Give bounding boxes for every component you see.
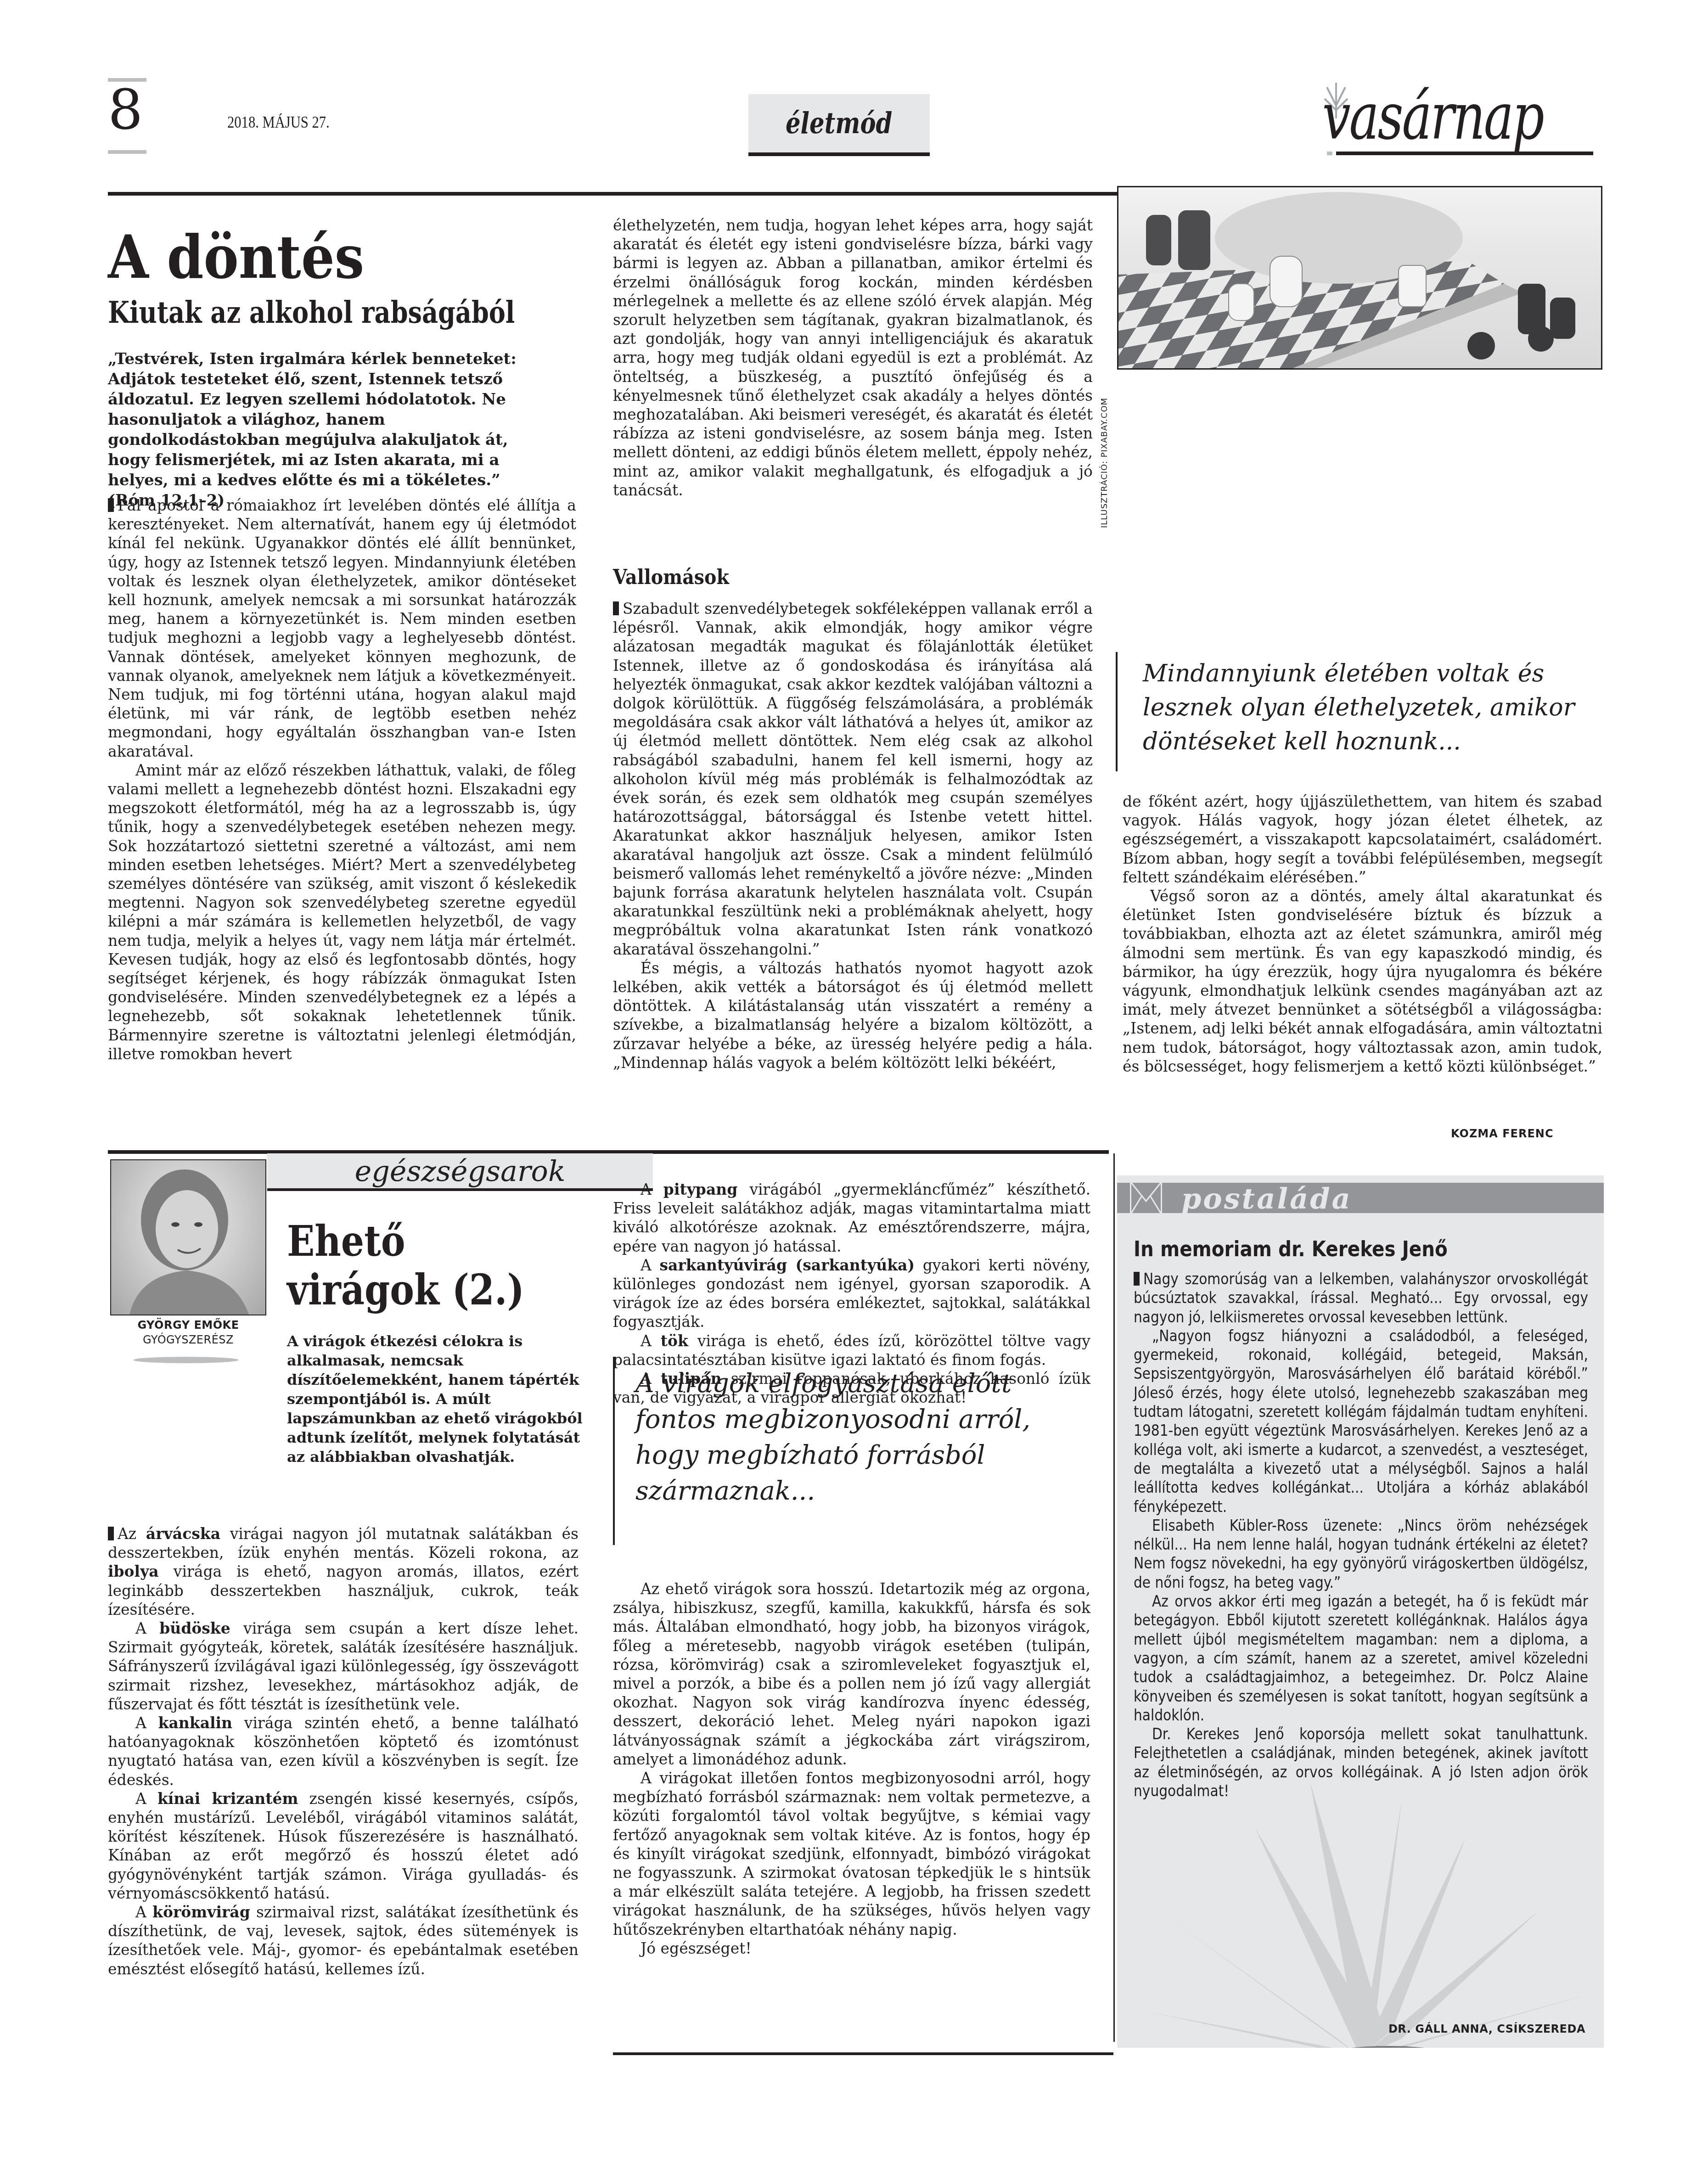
flower-name: kankalin — [158, 1714, 233, 1732]
bottom-rule — [613, 2052, 1113, 2055]
text: A — [135, 1903, 152, 1921]
section-heading: Vallomások — [613, 565, 729, 590]
text: virága is ehető, nagyon aromás, illatos,… — [108, 1562, 579, 1618]
article-subtitle: Kiutak az alkohol rabságából — [108, 294, 515, 331]
paragraph-marker-icon — [613, 601, 619, 615]
flower-name: ibolya — [108, 1562, 159, 1580]
issue-date: 2018. MÁJUS 27. — [227, 112, 330, 132]
text: A — [640, 1256, 659, 1274]
text: A — [135, 1790, 157, 1808]
letter-paragraph: Dr. Kerekes Jenő koporsója mellett sokat… — [1134, 1725, 1588, 1800]
letter-paragraph: „Nagyon fogsz hiányozni a családodból, a… — [1134, 1327, 1588, 1516]
health-title-line-1: Ehető — [287, 1216, 405, 1266]
article-paragraph: És mégis, a változás hathatós nyomot hag… — [613, 959, 1093, 1072]
health-column-2b: Az ehető virágok sora hosszú. Idetartozi… — [613, 1579, 1090, 1958]
health-article-title: Ehető virágok (2.) — [287, 1217, 524, 1314]
article-column-3: de főként azért, hogy újjászülethettem, … — [1123, 792, 1602, 1076]
text: A — [135, 1714, 158, 1732]
flower-name: körömvirág — [152, 1903, 250, 1921]
publication-name: vasárnap — [1322, 83, 1543, 152]
flower-name: kínai krizantém — [157, 1790, 298, 1808]
health-section-label: egészségsarok — [354, 1154, 565, 1188]
article-paragraph: Végső soron az a döntés, amely által aka… — [1123, 887, 1602, 1075]
page-number-bar-bottom — [108, 150, 146, 154]
article-column-2: élethelyzetén, nem tudja, hogyan lehet k… — [613, 216, 1093, 500]
health-article-lead: A virágok étkezési célokra is alkalmasak… — [287, 1332, 595, 1467]
author-underline — [133, 1357, 239, 1363]
article-paragraph: Pál apostol a rómaiakhoz írt levelében d… — [108, 496, 576, 760]
article-author: KOZMA FERENC — [1451, 1127, 1554, 1140]
letter-body: Nagy szomorúság van a lelkemben, valahán… — [1134, 1270, 1588, 1800]
section-tab: életmód — [748, 94, 930, 156]
paragraph-marker-icon — [108, 1527, 114, 1540]
letters-header: postaláda — [1117, 1183, 1604, 1213]
letter-paragraph: Elisabeth Kübler-Ross üzenete: „Nincs ör… — [1134, 1517, 1588, 1591]
letter-title: In memoriam dr. Kerekes Jenő — [1134, 1235, 1448, 1263]
article-column-1: Pál apostol a rómaiakhoz írt levelében d… — [108, 496, 576, 1063]
letters-box: postaláda In memoriam dr. Kerekes Jenő N… — [1117, 1175, 1604, 2048]
flower-name: árvácska — [146, 1525, 220, 1543]
article-paragraph: élethelyzetén, nem tudja, hogyan lehet k… — [613, 216, 1093, 499]
sign-off: Jó egészséget! — [640, 1939, 752, 1957]
column-divider — [1113, 1153, 1115, 2042]
article-paragraph: Az ehető virágok sora hosszú. Idetartozi… — [613, 1580, 1090, 1768]
publication-logo: vasárnap — [1318, 83, 1602, 161]
flower-name: büdöske — [159, 1619, 230, 1637]
health-section-tab: egészségsarok — [267, 1153, 653, 1191]
health-title-line-2: virágok (2.) — [287, 1265, 524, 1315]
text: A — [135, 1619, 159, 1637]
logo-rule-black — [1336, 152, 1593, 155]
article-title: A döntés — [108, 225, 364, 289]
article-paragraph: Szabadult szenvedélybetegek sokféleképpe… — [613, 600, 1093, 958]
article-paragraph: A virágokat illetően fontos megbizonyoso… — [613, 1769, 1090, 1939]
letters-section-label: postaláda — [1181, 1182, 1352, 1215]
letter-paragraph: Nagy szomorúság van a lelkemben, valahán… — [1134, 1270, 1588, 1326]
page-number: 8 — [108, 80, 143, 140]
chess-illustration-icon — [1118, 187, 1601, 368]
health-pull-quote: A virágok elfogyasztása előtt fontos meg… — [613, 1357, 1090, 1545]
author-credit: GYÖRGY EMŐKE GYÓGYSZERÉSZ — [119, 1318, 257, 1347]
logo-rule-grey — [1327, 152, 1332, 155]
envelope-icon — [1130, 1183, 1162, 1213]
paragraph-marker-icon — [108, 498, 114, 512]
chess-photo — [1117, 186, 1602, 370]
author-name: GYÖRGY EMŐKE — [137, 1319, 239, 1332]
article-paragraph: Amint már az előző részekben láthattuk, … — [108, 761, 576, 1063]
flower-name: pitypang — [663, 1180, 738, 1198]
letter-paragraph: Az orvos akkor érti meg igazán a betegét… — [1134, 1592, 1588, 1724]
article-column-2b: Szabadult szenvedélybetegek sokféleképpe… — [613, 599, 1093, 1072]
text: A — [640, 1332, 661, 1350]
author-role: GYÓGYSZERÉSZ — [143, 1333, 234, 1346]
article-paragraph: de főként azért, hogy újjászülethettem, … — [1123, 792, 1602, 886]
person-portrait-icon — [111, 1160, 265, 1315]
section-label: életmód — [786, 106, 892, 140]
photo-credit: ILLUSZTRÁCIÓ: PIXABAY.COM — [1100, 398, 1109, 528]
flower-name: tök — [661, 1332, 688, 1350]
flower-name: sarkantyúvirág (sarkantyúka) — [659, 1256, 915, 1274]
paragraph-marker-icon — [1134, 1272, 1140, 1286]
author-portrait — [110, 1159, 266, 1315]
text: Az — [118, 1525, 146, 1543]
letter-signature: DR. GÁLL ANNA, CSÍKSZEREDA — [1388, 2023, 1585, 2035]
sunburst-decoration-icon — [1117, 1772, 1604, 2048]
article-lead: „Testvérek, Isten irgalmára kérlek benne… — [108, 349, 549, 511]
text: A — [640, 1180, 663, 1198]
health-column-1: Az árvácska virágai nagyon jól mutatnak … — [108, 1524, 579, 1978]
pull-quote: Mindannyiunk életében voltak és lesznek … — [1116, 652, 1602, 771]
